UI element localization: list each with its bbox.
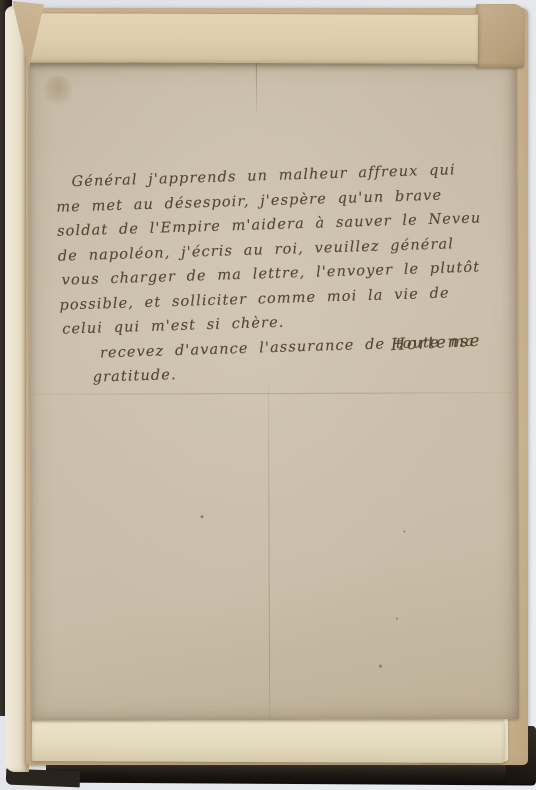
embossed-seal-mark — [43, 76, 73, 106]
top-fold-strip — [28, 12, 478, 64]
crease-line-top — [256, 63, 257, 119]
letter-paper: Général j'apprends un malheur affreux qu… — [29, 61, 519, 721]
crease-line-horizontal — [34, 392, 512, 395]
signature-hortense: Hortense — [390, 329, 481, 358]
handwritten-letter-text: Général j'apprends un malheur affreux qu… — [55, 157, 502, 391]
bottom-fold-strip — [32, 717, 504, 763]
crease-line-vertical — [268, 382, 270, 718]
album-page-corner-fold — [476, 4, 524, 68]
paper-speck — [200, 515, 203, 518]
paper-speck — [403, 531, 405, 533]
photograph-of-letter: Général j'apprends un malheur affreux qu… — [0, 0, 536, 790]
paper-speck — [379, 665, 382, 668]
paper-speck — [396, 618, 398, 620]
